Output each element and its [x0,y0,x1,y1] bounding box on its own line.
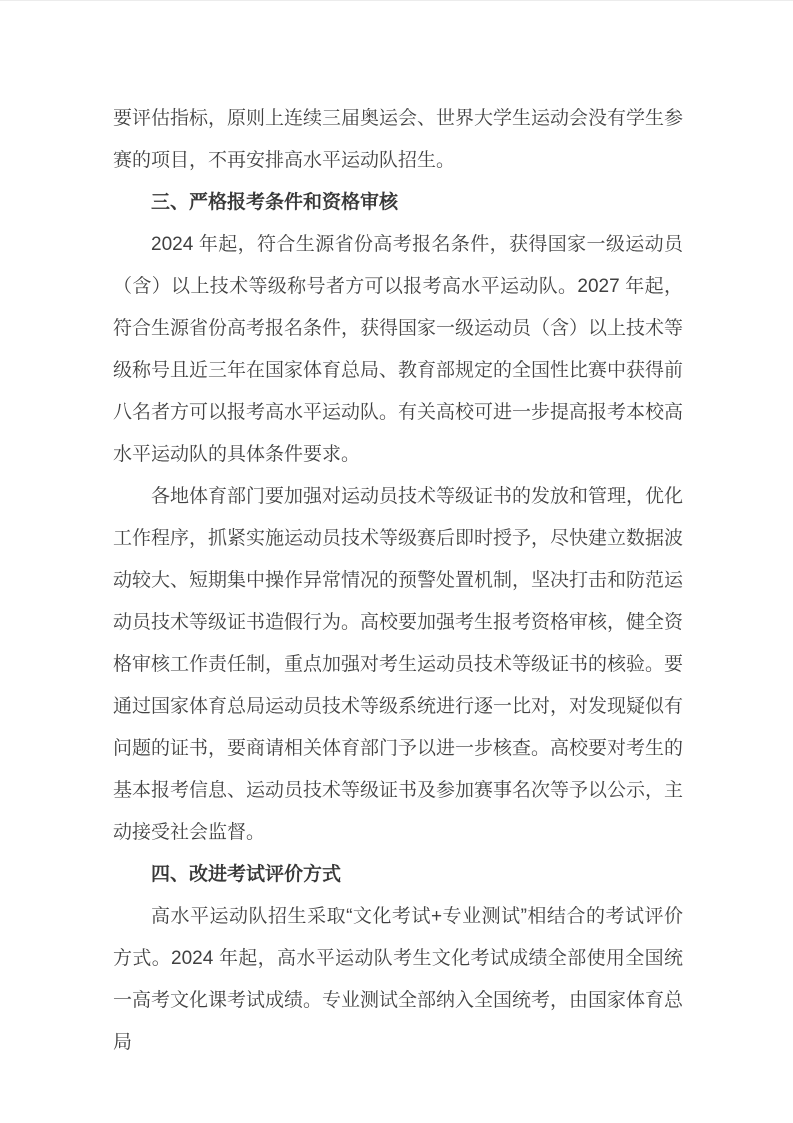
section-heading-three: 三、严格报考条件和资格审核 [113,182,683,224]
section-heading-four: 四、改进考试评价方式 [113,854,683,896]
paragraph-certificate-verification: 各地体育部门要加强对运动员技术等级证书的发放和管理，优化工作程序，抓紧实施运动员… [113,476,683,854]
document-text-area: 要评估指标，原则上连续三届奥运会、世界大学生运动会没有学生参赛的项目，不再安排高… [113,98,683,1064]
paragraph-application-conditions: 2024 年起，符合生源省份高考报名条件，获得国家一级运动员（含）以上技术等级称… [113,224,683,476]
paragraph-exam-evaluation: 高水平运动队招生采取“文化考试+专业测试”相结合的考试评价方式。2024 年起，… [113,896,683,1064]
paragraph-continuation: 要评估指标，原则上连续三届奥运会、世界大学生运动会没有学生参赛的项目，不再安排高… [113,98,683,182]
document-page: 要评估指标，原则上连续三届奥运会、世界大学生运动会没有学生参赛的项目，不再安排高… [0,0,793,1123]
